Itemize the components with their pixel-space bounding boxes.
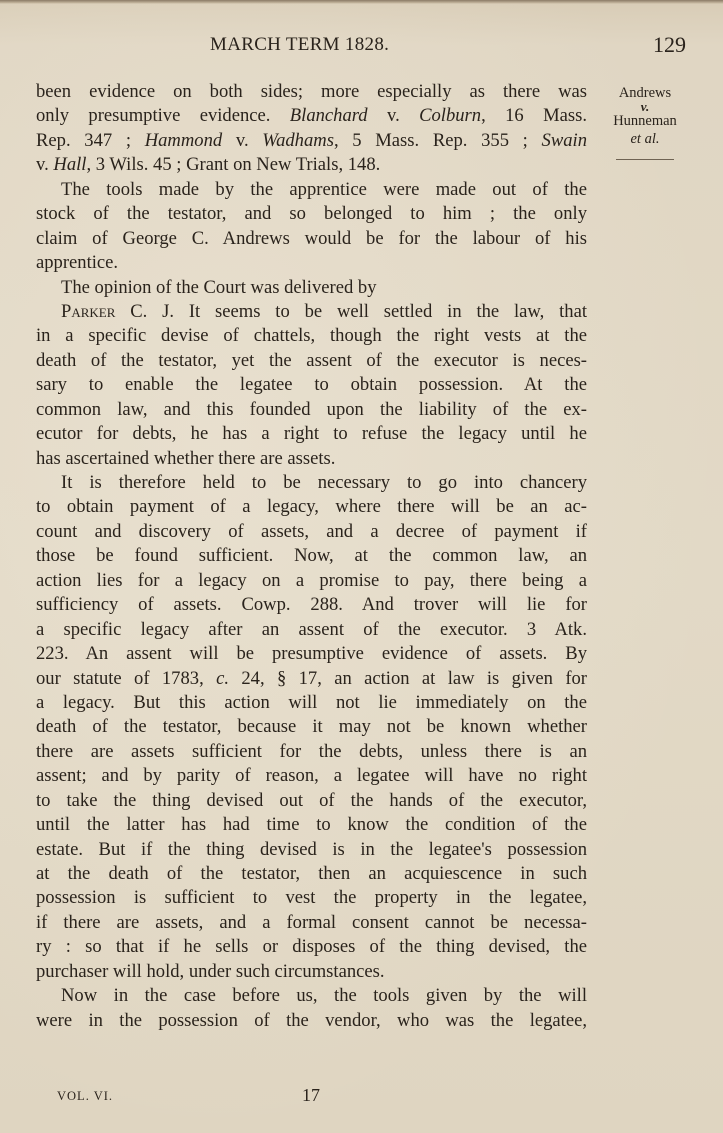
text-segment: death of the testator, yet the assent of…	[36, 350, 587, 371]
text-segment: It is therefore held to be necessary to …	[61, 472, 587, 493]
text-segment: assent; and by parity of reason, a legat…	[36, 765, 587, 786]
text-line: a specific legacy after an assent of the…	[36, 618, 587, 642]
text-segment: count and discovery of assets, and a dec…	[36, 521, 587, 542]
text-segment: in a specific devise of chattels, though…	[36, 325, 587, 346]
text-segment: to take the thing devised out of the han…	[36, 790, 587, 811]
text-segment: possession is sufficient to vest the pro…	[36, 887, 587, 908]
italic-citation: Hall	[53, 154, 86, 175]
italic-citation: c.	[216, 668, 229, 689]
text-segment: death of the testator, because it may no…	[36, 716, 587, 737]
sidenote-party-2: Hunneman	[597, 112, 693, 130]
text-line: if there are assets, and a formal consen…	[36, 911, 587, 935]
text-line: at the death of the testator, then an ac…	[36, 862, 587, 886]
text-line: a legacy. But this action will not lie i…	[36, 691, 587, 715]
italic-citation: Swain	[542, 130, 587, 151]
italic-citation: Wadhams	[262, 130, 334, 151]
text-line: 223. An assent will be presumptive evide…	[36, 642, 587, 666]
text-segment: 223. An assent will be presumptive evide…	[36, 643, 587, 664]
text-segment: estate. But if the thing devised is in t…	[36, 839, 587, 860]
text-segment: were in the possession of the vendor, wh…	[36, 1010, 587, 1031]
running-head: MARCH TERM 1828. 129	[0, 34, 723, 60]
text-segment: Now in the case before us, the tools giv…	[61, 985, 587, 1006]
text-segment: action lies for a legacy on a promise to…	[36, 570, 587, 591]
text-line: Now in the case before us, the tools giv…	[36, 984, 587, 1008]
text-segment: ry : so that if he sells or disposes of …	[36, 936, 587, 957]
text-line: has ascertained whether there are assets…	[36, 447, 587, 471]
text-segment: those be found sufficient. Now, at the c…	[36, 545, 587, 566]
text-line: were in the possession of the vendor, wh…	[36, 1009, 587, 1033]
text-segment: been evidence on both sides; more especi…	[36, 81, 587, 102]
text-line: apprentice.	[36, 251, 587, 275]
text-segment: at the death of the testator, then an ac…	[36, 863, 587, 884]
text-segment: our statute of 1783,	[36, 668, 216, 689]
text-line: common law, and this founded upon the li…	[36, 398, 587, 422]
running-title: MARCH TERM 1828.	[210, 34, 389, 56]
signature-mark: 17	[302, 1085, 320, 1106]
text-line: those be found sufficient. Now, at the c…	[36, 544, 587, 568]
sidenote-et-al: et al.	[597, 130, 693, 148]
text-line: claim of George C. Andrews would be for …	[36, 227, 587, 251]
text-segment: a specific legacy after an assent of the…	[36, 619, 587, 640]
text-line: Parker C. J. It seems to be well settled…	[36, 300, 587, 324]
page-top-edge	[0, 0, 723, 4]
italic-citation: Hammond	[145, 130, 222, 151]
text-line: The tools made by the apprentice were ma…	[36, 178, 587, 202]
text-segment: The tools made by the apprentice were ma…	[61, 179, 587, 200]
text-line: death of the testator, yet the assent of…	[36, 349, 587, 373]
text-line: estate. But if the thing devised is in t…	[36, 838, 587, 862]
text-segment: to obtain payment of a legacy, where the…	[36, 496, 587, 517]
text-line: v. Hall, 3 Wils. 45 ; Grant on New Trial…	[36, 153, 587, 177]
text-line: to obtain payment of a legacy, where the…	[36, 495, 587, 519]
text-segment: The opinion of the Court was delivered b…	[61, 277, 377, 298]
text-line: Rep. 347 ; Hammond v. Wadhams, 5 Mass. R…	[36, 129, 587, 153]
text-line: count and discovery of assets, and a dec…	[36, 520, 587, 544]
text-segment: until the latter has had time to know th…	[36, 814, 587, 835]
text-segment: C. J. It seems to be well settled in the…	[115, 301, 587, 322]
text-segment: ecutor for debts, he has a right to refu…	[36, 423, 587, 444]
text-line: been evidence on both sides; more especi…	[36, 80, 587, 104]
text-segment: , 16 Mass.	[481, 105, 587, 126]
text-segment: , 3 Wils. 45 ; Grant on New Trials, 148.	[86, 154, 380, 175]
text-segment: Rep. 347 ;	[36, 130, 145, 151]
text-line: only presumptive evidence. Blanchard v. …	[36, 104, 587, 128]
text-segment: apprentice.	[36, 252, 118, 273]
text-line: to take the thing devised out of the han…	[36, 789, 587, 813]
text-line: our statute of 1783, c. 24, § 17, an act…	[36, 667, 587, 691]
text-line: stock of the testator, and so belonged t…	[36, 202, 587, 226]
text-line: action lies for a legacy on a promise to…	[36, 569, 587, 593]
italic-citation: Blanchard	[290, 105, 368, 126]
text-line: It is therefore held to be necessary to …	[36, 471, 587, 495]
book-page: MARCH TERM 1828. 129 been evidence on bo…	[0, 0, 723, 1133]
text-segment: a legacy. But this action will not lie i…	[36, 692, 587, 713]
text-segment: there are assets sufficient for the debt…	[36, 741, 587, 762]
text-segment: 24, § 17, an action at law is given for	[229, 668, 587, 689]
page-number: 129	[653, 32, 686, 58]
text-segment: common law, and this founded upon the li…	[36, 399, 587, 420]
text-segment: , 5 Mass. Rep. 355 ;	[334, 130, 542, 151]
text-segment: purchaser will hold, under such circumst…	[36, 961, 385, 982]
text-segment: if there are assets, and a formal consen…	[36, 912, 587, 933]
text-line: possession is sufficient to vest the pro…	[36, 886, 587, 910]
text-segment: claim of George C. Andrews would be for …	[36, 228, 587, 249]
text-segment: v.	[36, 154, 53, 175]
page-footer: VOL. VI. 17	[0, 1086, 723, 1110]
text-line: there are assets sufficient for the debt…	[36, 740, 587, 764]
case-sidenote: Andrews v. Hunneman et al.	[597, 84, 693, 160]
text-line: ry : so that if he sells or disposes of …	[36, 935, 587, 959]
volume-mark: VOL. VI.	[57, 1089, 113, 1104]
text-line: The opinion of the Court was delivered b…	[36, 276, 587, 300]
sidenote-versus: v.	[597, 102, 693, 112]
text-segment: v.	[368, 105, 419, 126]
text-line: until the latter has had time to know th…	[36, 813, 587, 837]
text-line: sary to enable the legatee to obtain pos…	[36, 373, 587, 397]
text-segment: sary to enable the legatee to obtain pos…	[36, 374, 587, 395]
sidenote-rule	[616, 159, 674, 160]
text-segment: sufficiency of assets. Cowp. 288. And tr…	[36, 594, 587, 615]
text-line: purchaser will hold, under such circumst…	[36, 960, 587, 984]
text-segment: only presumptive evidence.	[36, 105, 290, 126]
text-line: sufficiency of assets. Cowp. 288. And tr…	[36, 593, 587, 617]
italic-citation: Colburn	[419, 105, 481, 126]
judge-name: Parker	[61, 301, 115, 322]
text-line: ecutor for debts, he has a right to refu…	[36, 422, 587, 446]
text-line: in a specific devise of chattels, though…	[36, 324, 587, 348]
text-line: assent; and by parity of reason, a legat…	[36, 764, 587, 788]
text-segment: v.	[222, 130, 262, 151]
text-line: death of the testator, because it may no…	[36, 715, 587, 739]
body-text: been evidence on both sides; more especi…	[36, 80, 587, 1033]
text-segment: stock of the testator, and so belonged t…	[36, 203, 587, 224]
text-segment: has ascertained whether there are assets…	[36, 448, 335, 469]
